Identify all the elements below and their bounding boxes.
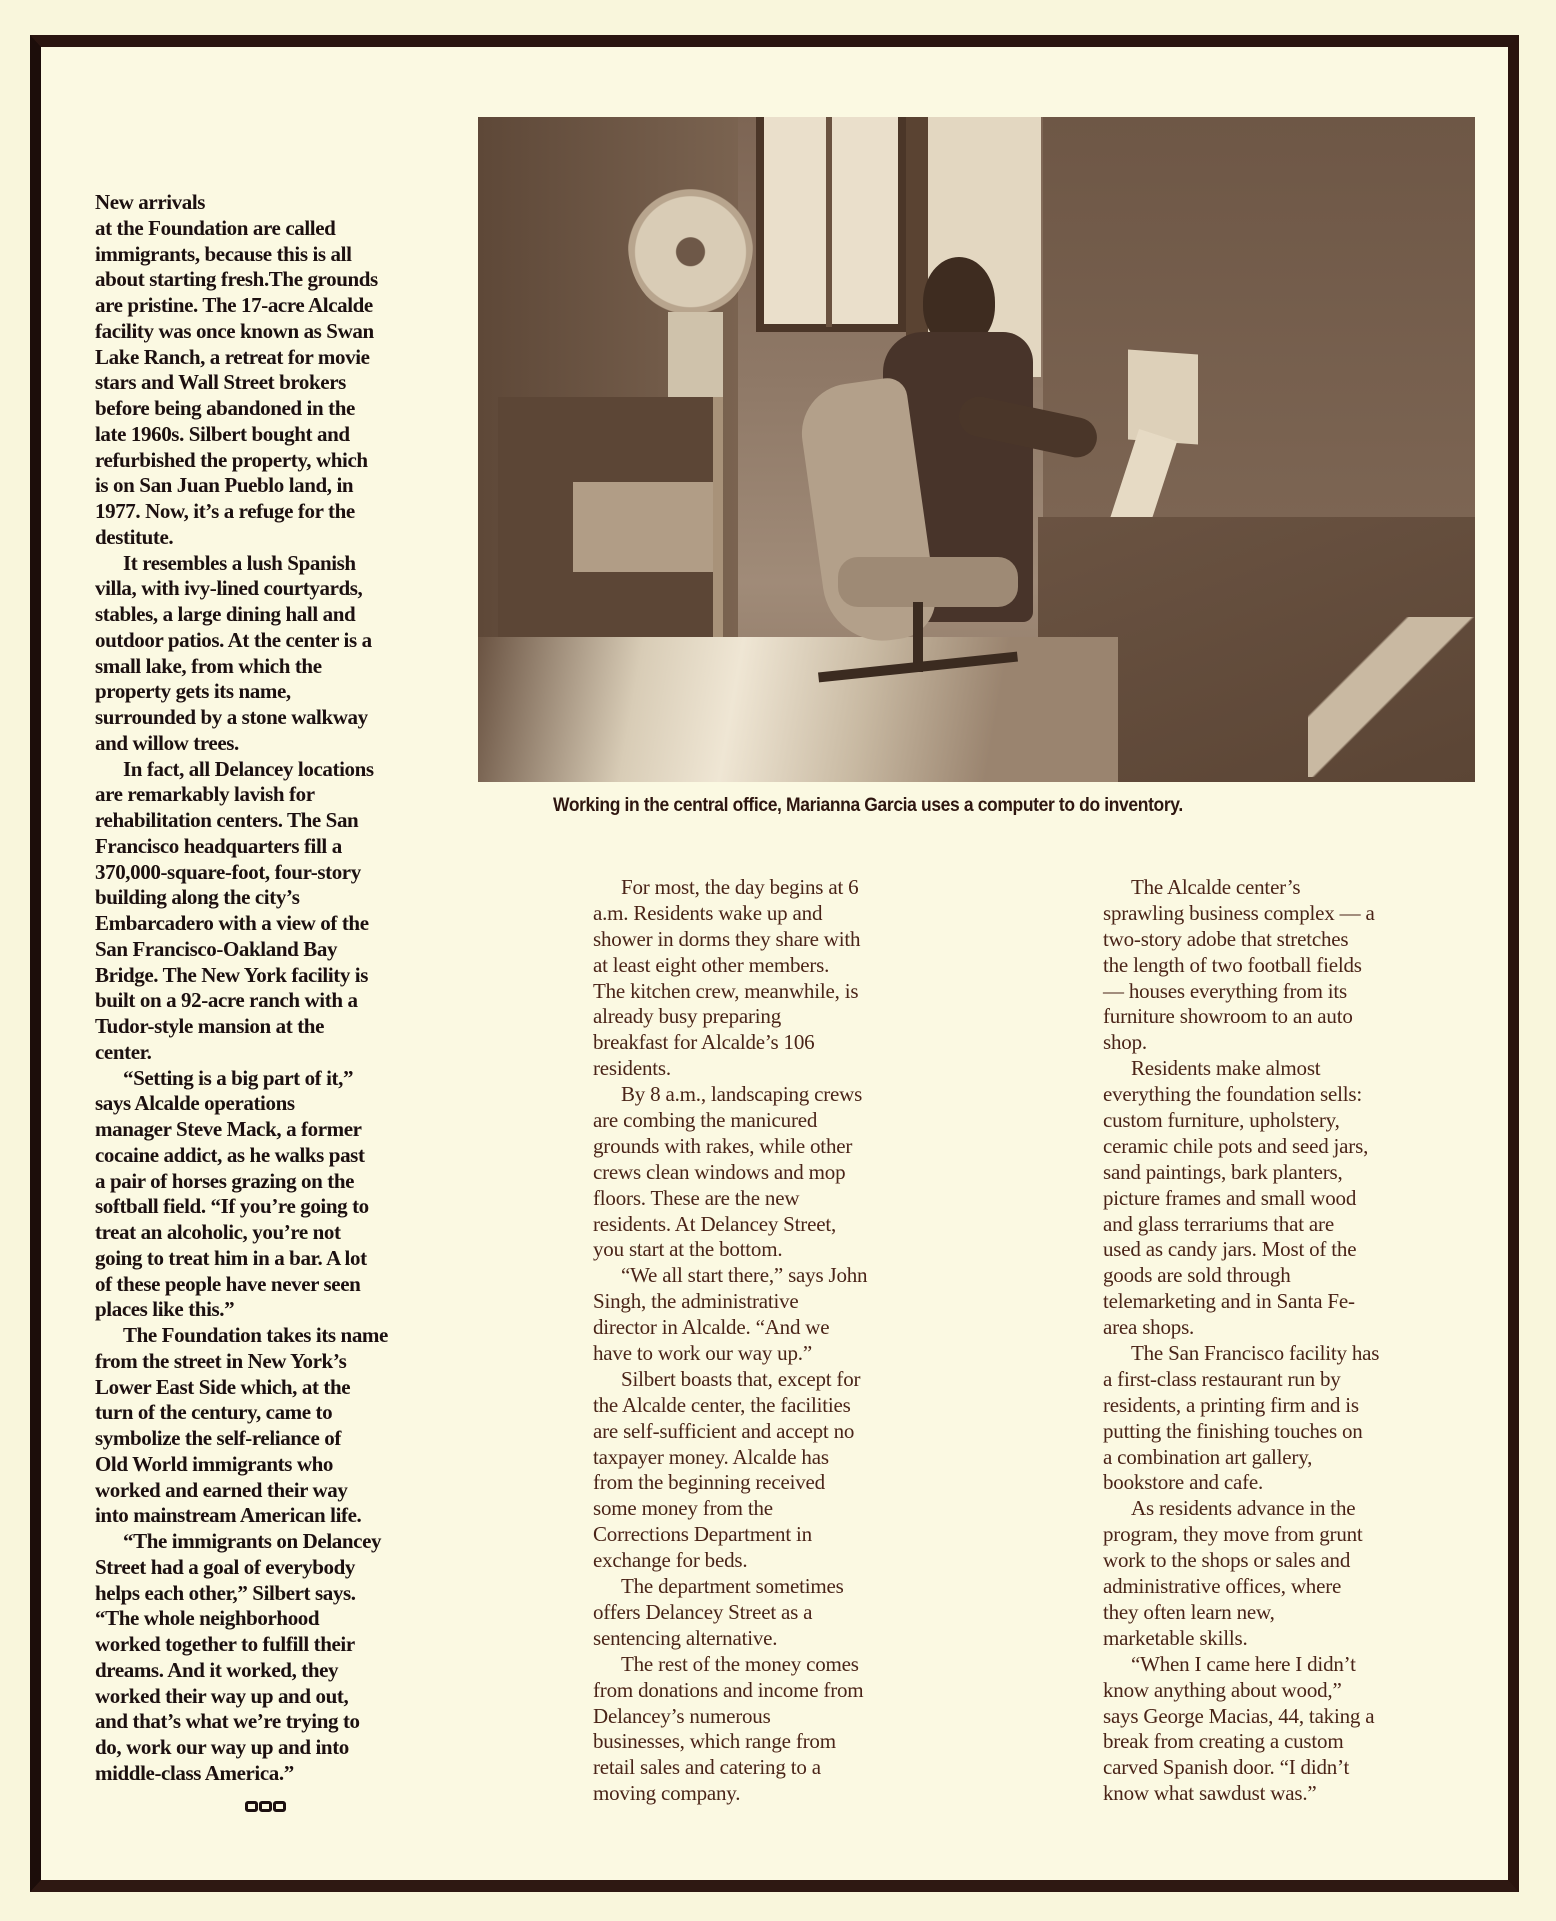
text-line: worked their way up and out,: [95, 1684, 455, 1710]
photo-floor: [478, 637, 1118, 782]
article-column-right: The Alcalde center’ssprawling business c…: [1103, 875, 1483, 1807]
end-mark-box: [273, 1801, 286, 1812]
text-line: late 1960s. Silbert bought and: [95, 422, 455, 448]
paragraph-first-line: The Alcalde center’s: [1103, 875, 1483, 901]
text-line: Tudor-style mansion at the: [95, 1014, 455, 1040]
text-line: from the street in New York’s: [95, 1349, 455, 1375]
text-line: going to treat him in a bar. A lot: [95, 1246, 455, 1272]
photo-desk-papers: [1308, 617, 1475, 777]
text-line: retail sales and catering to a: [593, 1755, 963, 1781]
text-line: carved Spanish door. “I didn’t: [1103, 1755, 1483, 1781]
text-line: into mainstream American life.: [95, 1503, 455, 1529]
text-line: used as candy jars. Most of the: [1103, 1237, 1483, 1263]
text-line: center.: [95, 1040, 455, 1066]
text-line: you start at the bottom.: [593, 1237, 963, 1263]
paragraph-first-line: As residents advance in the: [1103, 1496, 1483, 1522]
text-line: picture frames and small wood: [1103, 1186, 1483, 1212]
text-line: — houses everything from its: [1103, 979, 1483, 1005]
text-line: sand paintings, bark planters,: [1103, 1160, 1483, 1186]
text-line: putting the finishing touches on: [1103, 1419, 1483, 1445]
text-line: turn of the century, came to: [95, 1400, 455, 1426]
text-line: is on San Juan Pueblo land, in: [95, 473, 455, 499]
text-line: shower in dorms they share with: [593, 927, 963, 953]
end-mark-box: [245, 1801, 258, 1812]
article-column-middle: For most, the day begins at 6a.m. Reside…: [593, 875, 963, 1807]
text-line: some money from the: [593, 1496, 963, 1522]
text-line: worked together to fulfill their: [95, 1632, 455, 1658]
paragraph-first-line: Residents make almost: [1103, 1056, 1483, 1082]
text-line: facility was once known as Swan: [95, 319, 455, 345]
text-line: built on a 92-acre ranch with a: [95, 988, 455, 1014]
text-line: says George Macias, 44, taking a: [1103, 1704, 1483, 1730]
text-line: ceramic chile pots and seed jars,: [1103, 1134, 1483, 1160]
photo-fan-base: [668, 312, 723, 407]
text-line: a.m. Residents wake up and: [593, 901, 963, 927]
text-line: administrative offices, where: [1103, 1574, 1483, 1600]
text-line: exchange for beds.: [593, 1548, 963, 1574]
text-line: offers Delancey Street as a: [593, 1600, 963, 1626]
photo-right-shelves: [1043, 117, 1475, 517]
text-line: work to the shops or sales and: [1103, 1548, 1483, 1574]
paragraph-first-line: By 8 a.m., landscaping crews: [593, 1082, 963, 1108]
paragraph-first-line: “When I came here I didn’t: [1103, 1652, 1483, 1678]
text-line: residents.: [593, 1056, 963, 1082]
text-line: of these people have never seen: [95, 1272, 455, 1298]
text-line: manager Steve Mack, a former: [95, 1117, 455, 1143]
text-line: program, they move from grunt: [1103, 1522, 1483, 1548]
text-line: taxpayer money. Alcalde has: [593, 1445, 963, 1471]
text-line: have to work our way up.”: [593, 1341, 963, 1367]
text-line: New arrivals: [95, 190, 455, 216]
text-line: treat an alcoholic, you’re not: [95, 1220, 455, 1246]
text-line: Delancey’s numerous: [593, 1704, 963, 1730]
text-line: know anything about wood,”: [1103, 1678, 1483, 1704]
text-line: already busy preparing: [593, 1004, 963, 1030]
text-line: worked and earned their way: [95, 1478, 455, 1504]
text-line: and willow trees.: [95, 731, 455, 757]
text-line: Street had a goal of everybody: [95, 1555, 455, 1581]
text-line: and that’s what we’re trying to: [95, 1709, 455, 1735]
text-line: cocaine addict, as he walks past: [95, 1143, 455, 1169]
text-line: 1977. Now, it’s a refuge for the: [95, 499, 455, 525]
text-line: middle-class America.”: [95, 1761, 455, 1787]
text-line: places like this.”: [95, 1297, 455, 1323]
text-line: villa, with ivy-lined courtyards,: [95, 576, 455, 602]
text-line: are combing the manicured: [593, 1108, 963, 1134]
text-line: bookstore and cafe.: [1103, 1470, 1483, 1496]
text-line: at least eight other members.: [593, 953, 963, 979]
paragraph-first-line: The rest of the money comes: [593, 1652, 963, 1678]
paragraph-first-line: In fact, all Delancey locations: [95, 757, 455, 783]
paragraph-first-line: The San Francisco facility has: [1103, 1341, 1483, 1367]
text-line: two-story adobe that stretches: [1103, 927, 1483, 953]
text-line: destitute.: [95, 525, 455, 551]
text-line: says Alcalde operations: [95, 1091, 455, 1117]
text-line: sentencing alternative.: [593, 1626, 963, 1652]
photo-caption: Working in the central office, Marianna …: [553, 795, 1183, 817]
text-line: are self-sufficient and accept no: [593, 1419, 963, 1445]
text-line: refurbished the property, which: [95, 448, 455, 474]
text-line: helps each other,” Silbert says.: [95, 1581, 455, 1607]
text-line: are pristine. The 17-acre Alcalde: [95, 293, 455, 319]
paragraph-first-line: “The immigrants on Delancey: [95, 1529, 455, 1555]
text-line: symbolize the self-reliance of: [95, 1426, 455, 1452]
text-line: immigrants, because this is all: [95, 242, 455, 268]
text-line: director in Alcalde. “And we: [593, 1315, 963, 1341]
text-line: Old World immigrants who: [95, 1452, 455, 1478]
text-line: residents, a printing firm and is: [1103, 1393, 1483, 1419]
paragraph-first-line: “Setting is a big part of it,”: [95, 1066, 455, 1092]
text-line: area shops.: [1103, 1315, 1483, 1341]
photo-desk-fan: [628, 172, 753, 317]
photo-chair-seat: [838, 557, 1018, 607]
text-line: stars and Wall Street brokers: [95, 370, 455, 396]
text-line: a first-class restaurant run by: [1103, 1367, 1483, 1393]
text-line: shop.: [1103, 1030, 1483, 1056]
text-line: from the beginning received: [593, 1470, 963, 1496]
text-line: the Alcalde center, the facilities: [593, 1393, 963, 1419]
text-line: building along the city’s: [95, 885, 455, 911]
text-line: softball field. “If you’re going to: [95, 1194, 455, 1220]
text-line: residents. At Delancey Street,: [593, 1212, 963, 1238]
text-line: from donations and income from: [593, 1678, 963, 1704]
text-line: break from creating a custom: [1103, 1729, 1483, 1755]
text-line: San Francisco-Oakland Bay: [95, 937, 455, 963]
text-line: sprawling business complex — a: [1103, 901, 1483, 927]
text-line: breakfast for Alcalde’s 106: [593, 1030, 963, 1056]
text-line: crews clean windows and mop: [593, 1160, 963, 1186]
text-line: are remarkably lavish for: [95, 782, 455, 808]
photo-window-mullion: [826, 117, 832, 327]
text-line: at the Foundation are called: [95, 216, 455, 242]
text-line: telemarketing and in Santa Fe-: [1103, 1289, 1483, 1315]
paragraph-first-line: “We all start there,” says John: [593, 1263, 963, 1289]
text-line: and glass terrariums that are: [1103, 1212, 1483, 1238]
paragraph-first-line: It resembles a lush Spanish: [95, 551, 455, 577]
text-line: everything the foundation sells:: [1103, 1082, 1483, 1108]
text-line: dreams. And it worked, they: [95, 1658, 455, 1684]
text-line: grounds with rakes, while other: [593, 1134, 963, 1160]
paragraph-first-line: The department sometimes: [593, 1574, 963, 1600]
text-line: custom furniture, upholstery,: [1103, 1108, 1483, 1134]
text-line: know what sawdust was.”: [1103, 1781, 1483, 1807]
text-line: a combination art gallery,: [1103, 1445, 1483, 1471]
text-line: Corrections Department in: [593, 1522, 963, 1548]
paragraph-first-line: Silbert boasts that, except for: [593, 1367, 963, 1393]
text-line: stables, a large dining hall and: [95, 602, 455, 628]
end-mark-box: [259, 1801, 272, 1812]
text-line: surrounded by a stone walkway: [95, 705, 455, 731]
paragraph-first-line: For most, the day begins at 6: [593, 875, 963, 901]
text-line: Lake Ranch, a retreat for movie: [95, 345, 455, 371]
text-line: rehabilitation centers. The San: [95, 808, 455, 834]
text-line: Singh, the administrative: [593, 1289, 963, 1315]
text-line: small lake, from which the: [95, 654, 455, 680]
text-line: property gets its name,: [95, 679, 455, 705]
end-of-article-icon: [245, 1801, 286, 1812]
text-line: businesses, which range from: [593, 1729, 963, 1755]
paragraph-first-line: The Foundation takes its name: [95, 1323, 455, 1349]
article-photo: [478, 117, 1475, 782]
text-line: do, work our way up and into: [95, 1735, 455, 1761]
text-line: moving company.: [593, 1781, 963, 1807]
text-line: “The whole neighborhood: [95, 1606, 455, 1632]
text-line: the length of two football fields: [1103, 953, 1483, 979]
text-line: The kitchen crew, meanwhile, is: [593, 979, 963, 1005]
text-line: Francisco headquarters fill a: [95, 834, 455, 860]
text-line: Embarcadero with a view of the: [95, 911, 455, 937]
photo-shelf-boxes: [573, 482, 713, 572]
text-line: they often learn new,: [1103, 1600, 1483, 1626]
text-line: Lower East Side which, at the: [95, 1375, 455, 1401]
text-line: 370,000-square-foot, four-story: [95, 860, 455, 886]
text-line: goods are sold through: [1103, 1263, 1483, 1289]
text-line: outdoor patios. At the center is a: [95, 628, 455, 654]
text-line: floors. These are the new: [593, 1186, 963, 1212]
text-line: before being abandoned in the: [95, 396, 455, 422]
article-column-left: New arrivalsat the Foundation are called…: [95, 190, 455, 1787]
text-line: furniture showroom to an auto: [1103, 1004, 1483, 1030]
text-line: marketable skills.: [1103, 1626, 1483, 1652]
text-line: a pair of horses grazing on the: [95, 1169, 455, 1195]
text-line: Bridge. The New York facility is: [95, 963, 455, 989]
text-line: about starting fresh.The grounds: [95, 267, 455, 293]
